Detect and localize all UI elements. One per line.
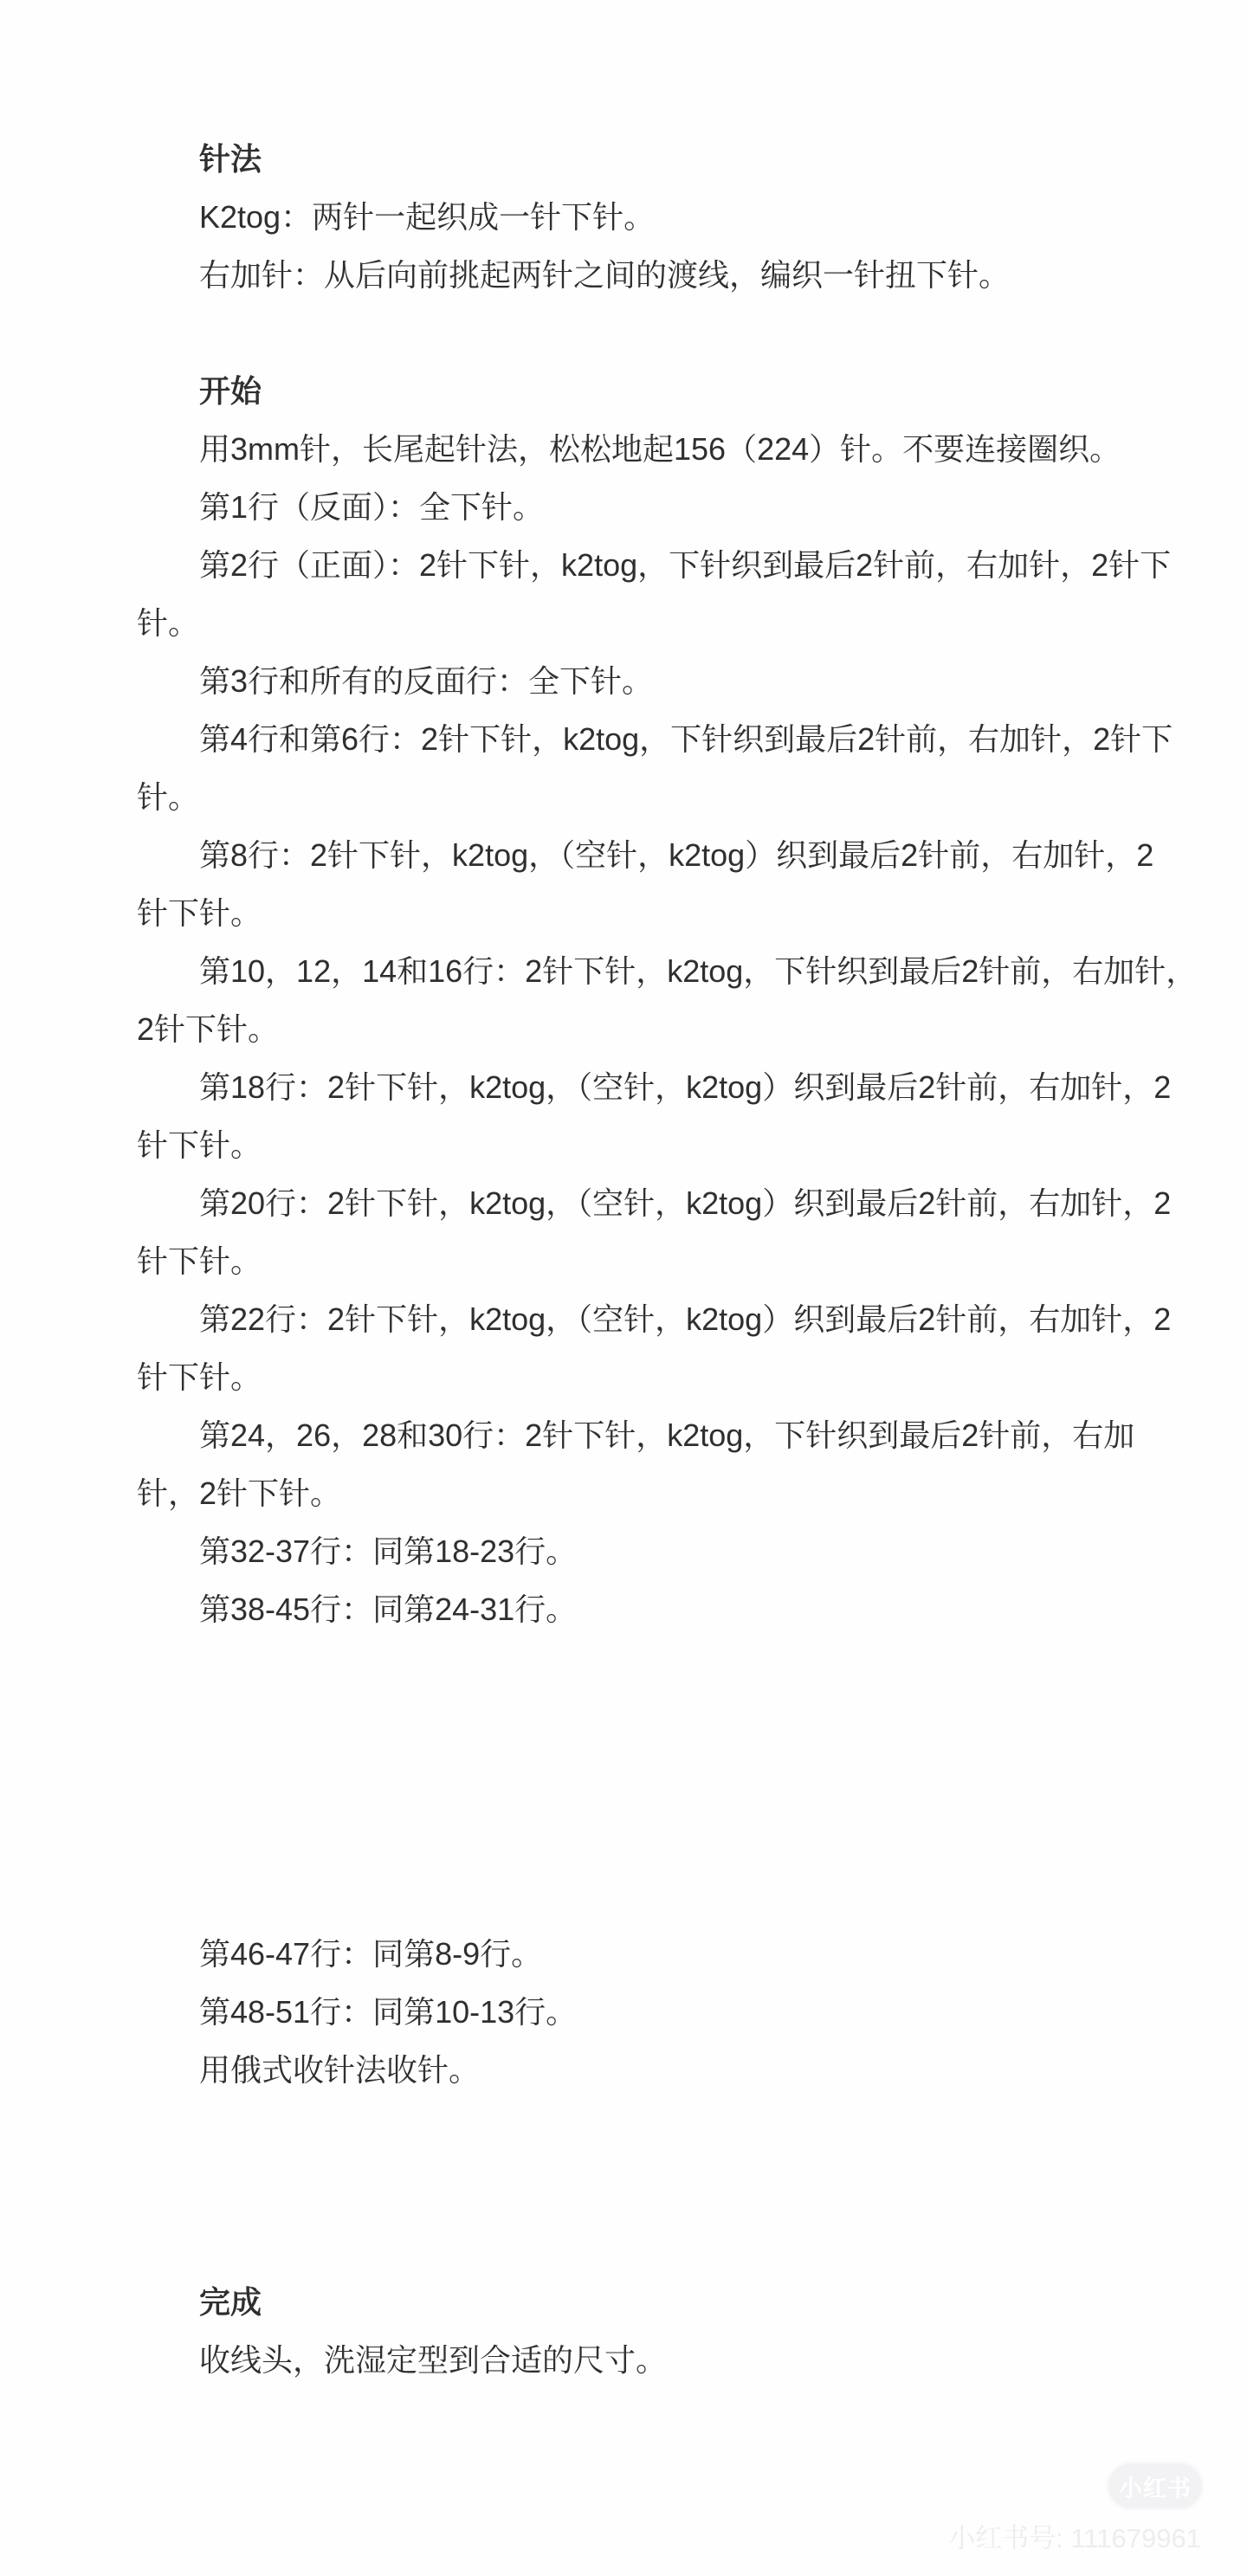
paragraph: 第10，12，14和16行：2针下针，k2tog，下针织到最后2针前，右加针，2… [137,942,1141,1058]
text-line: 针下针。 [137,1232,1141,1290]
text-line: 第8行：2针下针，k2tog，（空针，k2tog）织到最后2针前，右加针，2 [137,826,1141,884]
knitting-pattern-document-page: 针法K2tog：两针一起织成一针下针。右加针：从后向前挑起两针之间的渡线，编织一… [0,0,1247,2576]
paragraph: 第38-45行：同第24-31行。 [137,1580,1141,1638]
text-line: 针下针。 [137,1116,1141,1174]
paragraph: 第32-37行：同第18-23行。 [137,1522,1141,1580]
xiaohongshu-account-id: 小红书号: 111679961 [682,2516,1201,2555]
document-body: 针法K2tog：两针一起织成一针下针。右加针：从后向前挑起两针之间的渡线，编织一… [137,130,1141,2389]
paragraph: 第22行：2针下针，k2tog，（空针，k2tog）织到最后2针前，右加针，2针… [137,1290,1141,1406]
paragraph: 右加针：从后向前挑起两针之间的渡线，编织一针扭下针。 [137,246,1141,304]
text-line: 用俄式收针法收针。 [137,2041,1141,2099]
paragraph: 用3mm针，长尾起针法，松松地起156（224）针。不要连接圈织。 [137,420,1141,478]
paragraph: 第48-51行：同第10-13行。 [137,1983,1141,2041]
paragraph: 第18行：2针下针，k2tog，（空针，k2tog）织到最后2针前，右加针，2针… [137,1058,1141,1174]
text-line: 用3mm针，长尾起针法，松松地起156（224）针。不要连接圈织。 [137,420,1141,478]
text-line: 第32-37行：同第18-23行。 [137,1522,1141,1580]
text-line: 针。 [137,594,1141,652]
paragraph: 第46-47行：同第8-9行。 [137,1925,1141,1983]
text-line: 第10，12，14和16行：2针下针，k2tog，下针织到最后2针前，右加针， [137,942,1141,1000]
paragraph: 第1行（反面）：全下针。 [137,478,1141,536]
text-line: 第2行（正面）：2针下针，k2tog，下针织到最后2针前，右加针，2针下 [137,536,1141,594]
text-line: 针下针。 [137,884,1141,942]
text-line: 右加针：从后向前挑起两针之间的渡线，编织一针扭下针。 [137,246,1141,304]
text-line: 第38-45行：同第24-31行。 [137,1580,1141,1638]
paragraph: 第24，26，28和30行：2针下针，k2tog，下针织到最后2针前，右加针，2… [137,1406,1141,1522]
text-line: 第20行：2针下针，k2tog，（空针，k2tog）织到最后2针前，右加针，2 [137,1174,1141,1232]
text-line: 针，2针下针。 [137,1464,1141,1522]
text-line: K2tog：两针一起织成一针下针。 [137,188,1141,246]
section-heading: 完成 [137,2273,1141,2331]
paragraph: 用俄式收针法收针。 [137,2041,1141,2099]
text-line: 第22行：2针下针，k2tog，（空针，k2tog）织到最后2针前，右加针，2 [137,1290,1141,1348]
vertical-spacer [137,1638,1141,1925]
xiaohongshu-logo-badge: 小红书 [1109,2464,1201,2508]
paragraph: 第4行和第6行：2针下针，k2tog，下针织到最后2针前，右加针，2针下针。 [137,710,1141,826]
text-line: 第18行：2针下针，k2tog，（空针，k2tog）织到最后2针前，右加针，2 [137,1058,1141,1116]
text-line: 第1行（反面）：全下针。 [137,478,1141,536]
paragraph: 第20行：2针下针，k2tog，（空针，k2tog）织到最后2针前，右加针，2针… [137,1174,1141,1290]
paragraph: 收线头，洗湿定型到合适的尺寸。 [137,2331,1141,2389]
text-line: 针。 [137,768,1141,826]
paragraph: 第8行：2针下针，k2tog，（空针，k2tog）织到最后2针前，右加针，2针下… [137,826,1141,942]
text-line: 2针下针。 [137,1000,1141,1058]
text-line: 针下针。 [137,1348,1141,1406]
paragraph: K2tog：两针一起织成一针下针。 [137,188,1141,246]
xiaohongshu-logo-text: 小红书 [1119,2469,1192,2503]
section-heading: 针法 [137,130,1141,188]
vertical-spacer [137,2099,1141,2273]
text-line: 第46-47行：同第8-9行。 [137,1925,1141,1983]
vertical-spacer [137,304,1141,362]
text-line: 第4行和第6行：2针下针，k2tog，下针织到最后2针前，右加针，2针下 [137,710,1141,768]
paragraph: 第3行和所有的反面行：全下针。 [137,652,1141,710]
text-line: 收线头，洗湿定型到合适的尺寸。 [137,2331,1141,2389]
paragraph: 第2行（正面）：2针下针，k2tog，下针织到最后2针前，右加针，2针下针。 [137,536,1141,652]
text-line: 第3行和所有的反面行：全下针。 [137,652,1141,710]
section-heading: 开始 [137,362,1141,420]
text-line: 第24，26，28和30行：2针下针，k2tog，下针织到最后2针前，右加 [137,1406,1141,1464]
text-line: 第48-51行：同第10-13行。 [137,1983,1141,2041]
